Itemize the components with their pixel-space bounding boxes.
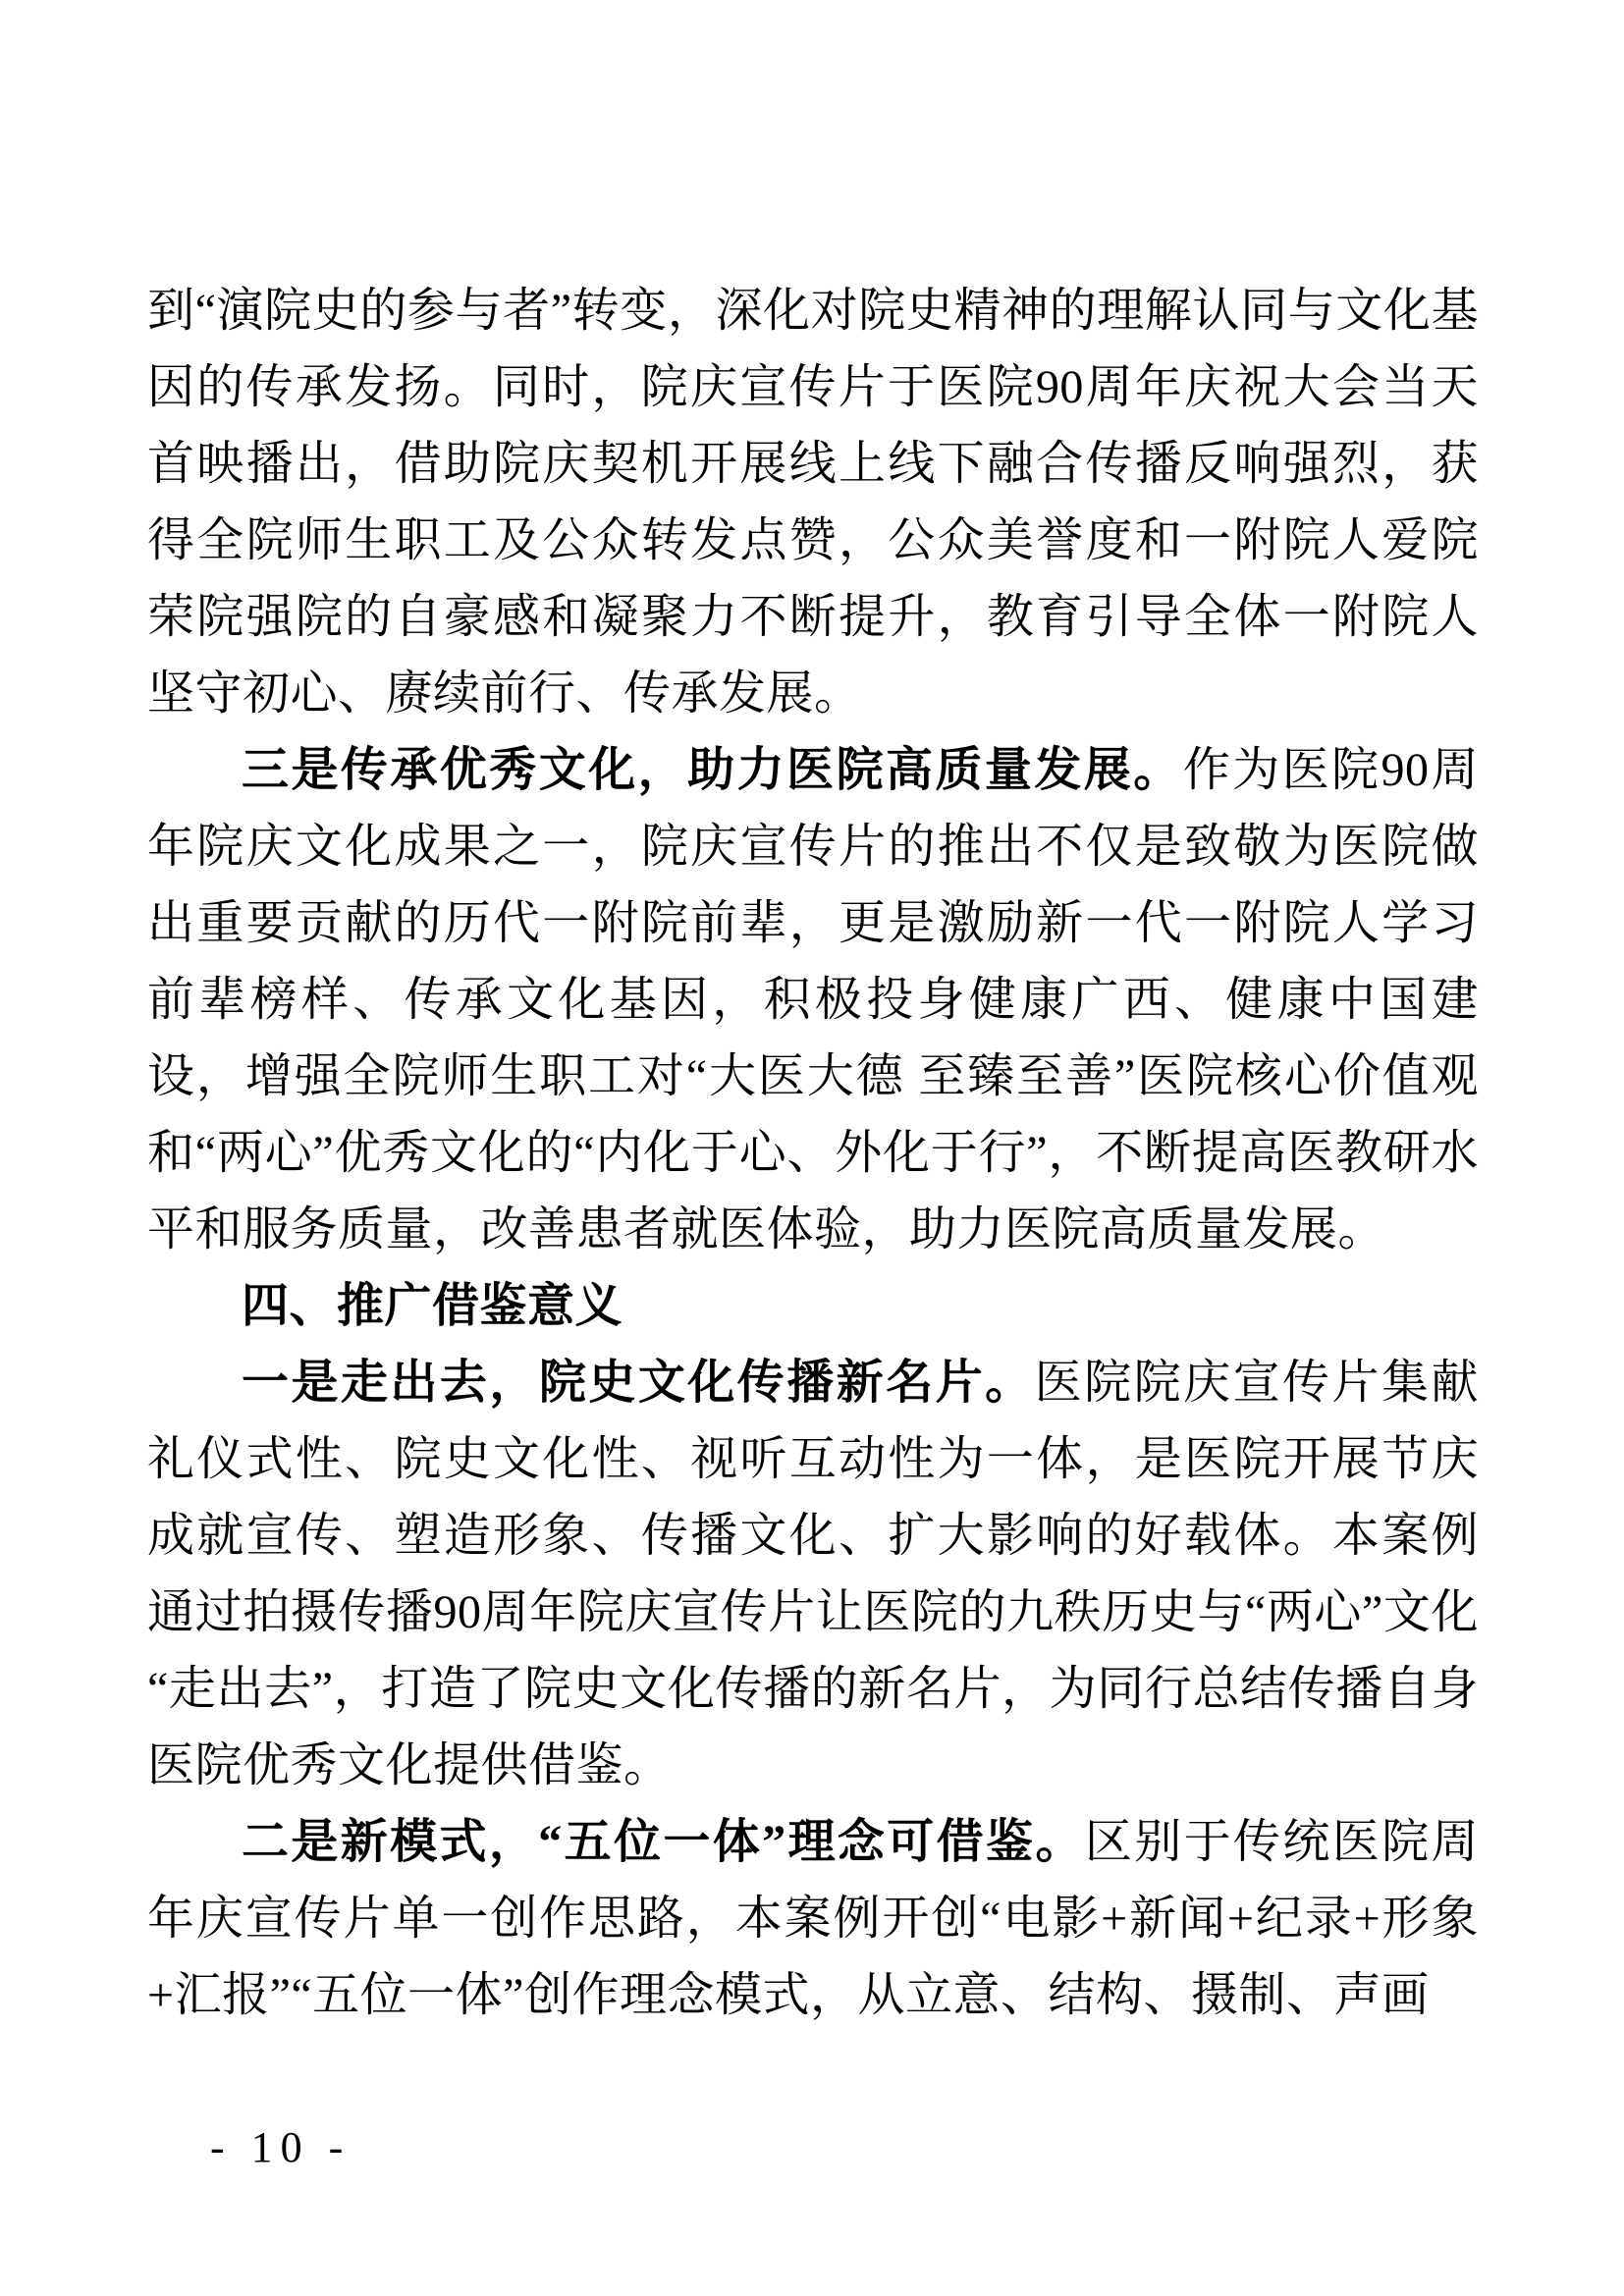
paragraph-lead-bold: 三是传承优秀文化，助力医院高质量发展。 [242, 744, 1183, 796]
document-body: 到“演院史的参与者”转变，深化对院史精神的理解认同与文化基因的传承发扬。同时，院… [147, 273, 1479, 2034]
paragraph-lead-bold: 一是走出去，院史文化传播新名片。 [242, 1357, 1035, 1409]
page-number: - 10 - [210, 2123, 351, 2171]
paragraph-point-two: 二是新模式，“五位一体”理念可借鉴。区别于传统医院周年庆宣传片单一创作思路，本案… [147, 1804, 1479, 2034]
document-page: 到“演院史的参与者”转变，深化对院史精神的理解认同与文化基因的传承发扬。同时，院… [0, 0, 1624, 2296]
paragraph-lead-bold: 二是新模式，“五位一体”理念可借鉴。 [242, 1816, 1085, 1868]
paragraph-text: 医院院庆宣传片集献礼仪式性、院史文化性、视听互动性为一体，是医院开展节庆成就宣传… [147, 1357, 1479, 1791]
paragraph-point-three: 三是传承优秀文化，助力医院高质量发展。作为医院90周年院庆文化成果之一，院庆宣传… [147, 732, 1479, 1268]
paragraph-text: 作为医院90周年院庆文化成果之一，院庆宣传片的推出不仅是致敬为医院做出重要贡献的… [147, 744, 1479, 1255]
paragraph-continuation: 到“演院史的参与者”转变，深化对院史精神的理解认同与文化基因的传承发扬。同时，院… [147, 273, 1479, 732]
paragraph-point-one: 一是走出去，院史文化传播新名片。医院院庆宣传片集献礼仪式性、院史文化性、视听互动… [147, 1345, 1479, 1804]
section-heading-text: 四、推广借鉴意义 [242, 1280, 623, 1332]
section-heading-four: 四、推广借鉴意义 [147, 1268, 1479, 1345]
paragraph-text: 到“演院史的参与者”转变，深化对院史精神的理解认同与文化基因的传承发扬。同时，院… [147, 285, 1479, 720]
page-footer: - 10 - [210, 2118, 351, 2177]
